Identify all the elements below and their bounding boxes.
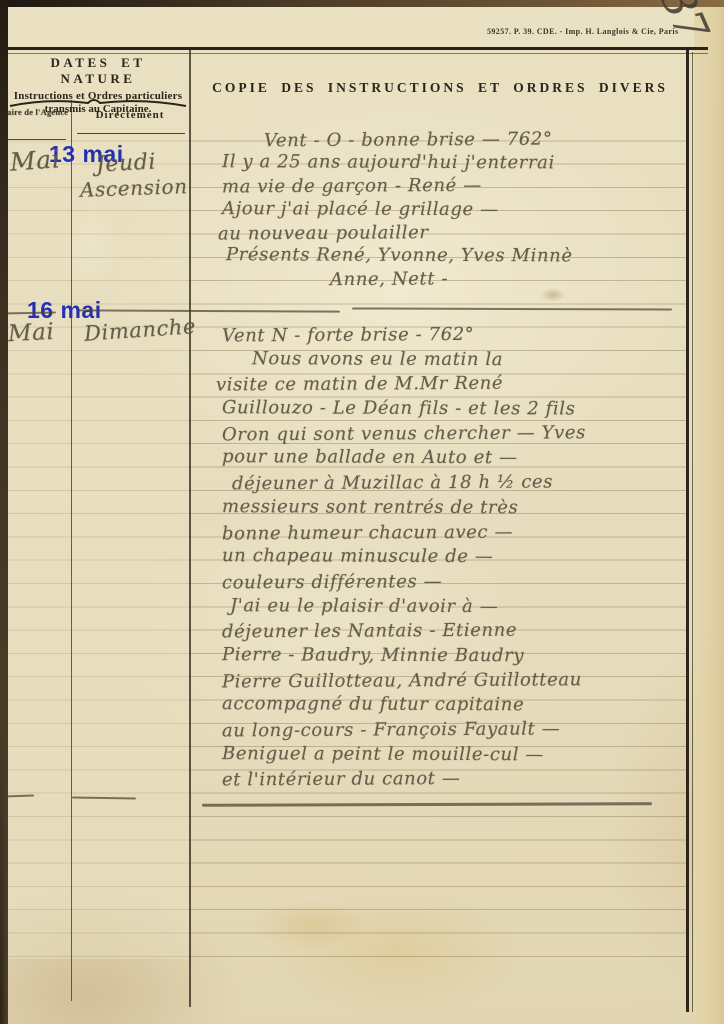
paper-right-margin xyxy=(694,7,724,1024)
log-entry-2: Vent N - forte brise - 762°Nous avons eu… xyxy=(222,324,692,793)
handwritten-line: couleurs différentes — xyxy=(222,569,692,597)
column-header-agency: édiaire de l'Agence xyxy=(0,107,70,117)
handwritten-line: Vent - O - bonne brise — 762° xyxy=(264,128,692,154)
scan-top-edge xyxy=(0,0,724,7)
logbook-scan-page: 59257. P. 39. CDE. - Imp. H. Langlois & … xyxy=(0,0,724,1024)
handwritten-line: pour une ballade en Auto et — xyxy=(222,447,692,473)
column-header-direct: Directement xyxy=(75,109,185,121)
table-right-border-inner xyxy=(692,52,693,1012)
handwritten-line: visite ce matin de M.Mr René xyxy=(216,372,692,400)
column-divider-main xyxy=(189,50,191,1007)
handwritten-line: ma vie de garçon - René — xyxy=(222,174,692,200)
handwritten-line: Pierre - Baudry, Minnie Baudry xyxy=(222,644,692,670)
handwritten-line: au long-cours - François Fayault — xyxy=(222,718,692,746)
handwritten-line: Anne, Nett - xyxy=(330,267,692,292)
table-top-border-thin xyxy=(5,53,708,54)
column-divider-sub xyxy=(71,100,72,1001)
handwritten-line: J'ai eu le plaisir d'avoir à — xyxy=(230,595,692,621)
handwritten-line: et l'intérieur du canot — xyxy=(222,767,692,795)
page-title: COPIE DES INSTRUCTIONS ET ORDRES DIVERS xyxy=(196,80,684,96)
entry1-month: Mai xyxy=(9,144,61,176)
ruled-lines-fade xyxy=(8,118,189,959)
printer-imprint: 59257. P. 39. CDE. - Imp. H. Langlois & … xyxy=(487,27,687,36)
entry1-day: Jeudi xyxy=(95,149,156,177)
handwritten-line: Ajour j'ai placé le grillage — xyxy=(222,198,692,223)
handwritten-line: au nouveau poulailler xyxy=(218,220,692,246)
column-header-direct-underline xyxy=(77,133,185,134)
handwritten-line: Guillouzo - Le Déan fils - et les 2 fils xyxy=(222,397,692,423)
entry1-day2: Ascension xyxy=(80,174,188,202)
handwritten-line: accompagné du futur capitaine xyxy=(222,693,692,719)
column-header-agency-underline xyxy=(0,139,66,140)
handwritten-line: déjeuner les Nantais - Etienne xyxy=(222,619,692,647)
handwritten-line: Présents René, Yvonne, Yves Minnè xyxy=(226,244,692,269)
handwritten-line: Vent N - forte brise - 762° xyxy=(222,323,692,351)
left-header-title: DATES ET NATURE xyxy=(8,55,188,87)
handwritten-line: Beniguel a peint le mouille-cul — xyxy=(222,743,692,769)
handwritten-line: messieurs sont rentrés de très xyxy=(222,496,692,522)
scan-left-edge xyxy=(0,0,8,1024)
handwritten-line: bonne humeur chacun avec — xyxy=(222,520,692,548)
handwritten-line: Oron qui sont venus chercher — Yves xyxy=(222,421,692,449)
table-top-border xyxy=(5,47,708,50)
handwritten-line: Pierre Guillotteau, André Guillotteau xyxy=(222,668,692,696)
log-entry-1: Vent - O - bonne brise — 762°Il y a 25 a… xyxy=(222,129,692,291)
handwritten-line: un chapeau minuscule de — xyxy=(222,545,692,571)
handwritten-line: Nous avons eu le matin la xyxy=(252,348,692,374)
handwritten-line: déjeuner à Muzillac à 18 h ½ ces xyxy=(232,471,692,498)
entry2-month: Mai xyxy=(7,319,55,347)
handwritten-line: Il y a 25 ans aujourd'hui j'enterrai xyxy=(222,151,692,176)
header-brace xyxy=(8,97,188,107)
